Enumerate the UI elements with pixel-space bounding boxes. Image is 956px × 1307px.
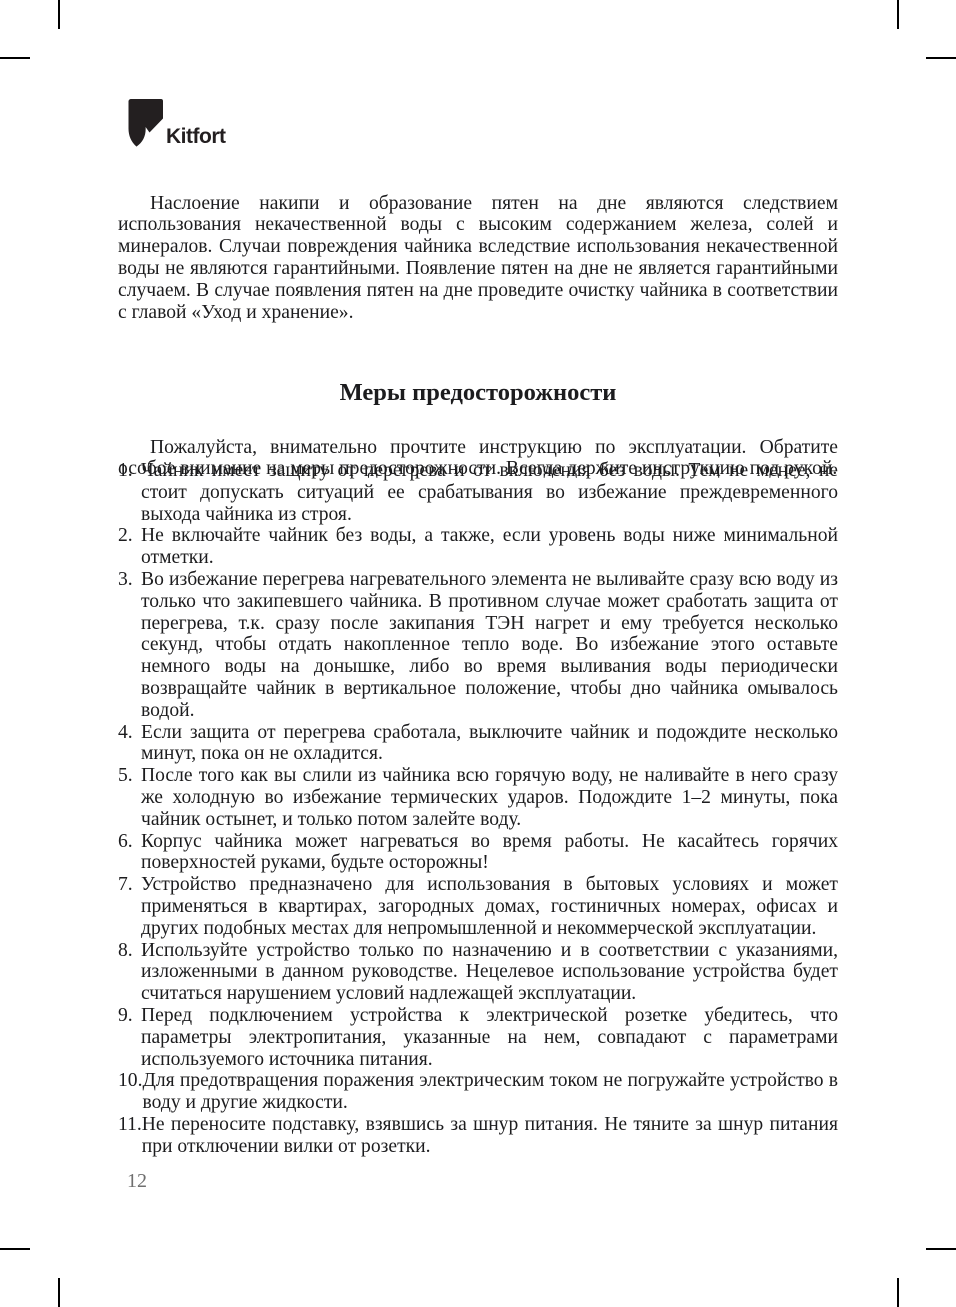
list-item: 11. Не переносите подставку, взявшись за… bbox=[118, 1114, 838, 1158]
list-item-number: 4. bbox=[118, 722, 141, 766]
list-item-number: 9. bbox=[118, 1005, 141, 1070]
list-item: 4. Если защита от перегрева сработала, в… bbox=[118, 722, 838, 766]
list-item: 1. Чайник имеет защиту от перегрева и от… bbox=[118, 460, 838, 525]
list-item-text: После того как вы слили из чайника всю г… bbox=[141, 765, 838, 830]
kitfort-flag-icon bbox=[125, 99, 163, 147]
list-item: 9. Перед подключением устройства к элект… bbox=[118, 1005, 838, 1070]
crop-mark-top-left-vertical bbox=[58, 0, 60, 29]
list-item-text: Если защита от перегрева сработала, выкл… bbox=[141, 722, 838, 766]
list-item-text: Чайник имеет защиту от перегрева и от вк… bbox=[141, 460, 838, 525]
list-item: 10. Для предотвращения поражения электри… bbox=[118, 1070, 838, 1114]
section-title: Меры предосторожности bbox=[118, 378, 838, 407]
list-item-text: Не включайте чайник без воды, а также, е… bbox=[141, 525, 838, 569]
crop-mark-bottom-right-horizontal bbox=[926, 1248, 956, 1250]
crop-mark-bottom-left-horizontal bbox=[0, 1248, 30, 1250]
kitfort-logo: Kitfort bbox=[125, 99, 225, 147]
page-number: 12 bbox=[127, 1170, 147, 1192]
list-item: 3. Во избежание перегрева нагревательног… bbox=[118, 569, 838, 722]
list-item-text: Используйте устройство только по назначе… bbox=[141, 940, 838, 1005]
list-item-text: Во избежание перегрева нагревательного э… bbox=[141, 569, 838, 722]
crop-mark-bottom-right-vertical bbox=[897, 1278, 899, 1307]
crop-mark-top-left-horizontal bbox=[0, 57, 30, 59]
list-item-number: 8. bbox=[118, 940, 141, 1005]
list-item-text: Перед подключением устройства к электрич… bbox=[141, 1005, 838, 1070]
crop-mark-top-right-horizontal bbox=[926, 57, 956, 59]
crop-mark-top-right-vertical bbox=[897, 0, 899, 29]
list-item-number: 3. bbox=[118, 569, 141, 722]
scale-warning-paragraph: Наслоение накипи и образование пятен на … bbox=[118, 193, 838, 324]
manual-page: Kitfort Наслоение накипи и образование п… bbox=[0, 0, 956, 1307]
list-item: 6. Корпус чайника может нагреваться во в… bbox=[118, 831, 838, 875]
list-item-number: 2. bbox=[118, 525, 141, 569]
crop-mark-bottom-left-vertical bbox=[58, 1278, 60, 1307]
list-item: 7. Устройство предназначено для использо… bbox=[118, 874, 838, 939]
list-item: 2. Не включайте чайник без воды, а также… bbox=[118, 525, 838, 569]
list-item-number: 1. bbox=[118, 460, 141, 525]
list-item-number: 7. bbox=[118, 874, 141, 939]
safety-precautions-list: 1. Чайник имеет защиту от перегрева и от… bbox=[118, 460, 838, 1158]
list-item-number: 10. bbox=[118, 1070, 143, 1114]
list-item-number: 11. bbox=[118, 1114, 142, 1158]
list-item-text: Не переносите подставку, взявшись за шну… bbox=[142, 1114, 838, 1158]
list-item: 8. Используйте устройство только по назн… bbox=[118, 940, 838, 1005]
list-item-text: Устройство предназначено для использован… bbox=[141, 874, 838, 939]
list-item: 5. После того как вы слили из чайника вс… bbox=[118, 765, 838, 830]
brand-wordmark: Kitfort bbox=[166, 126, 225, 147]
list-item-text: Для предотвращения поражения электрическ… bbox=[143, 1070, 839, 1114]
list-item-number: 5. bbox=[118, 765, 141, 830]
list-item-number: 6. bbox=[118, 831, 141, 875]
list-item-text: Корпус чайника может нагреваться во врем… bbox=[141, 831, 838, 875]
